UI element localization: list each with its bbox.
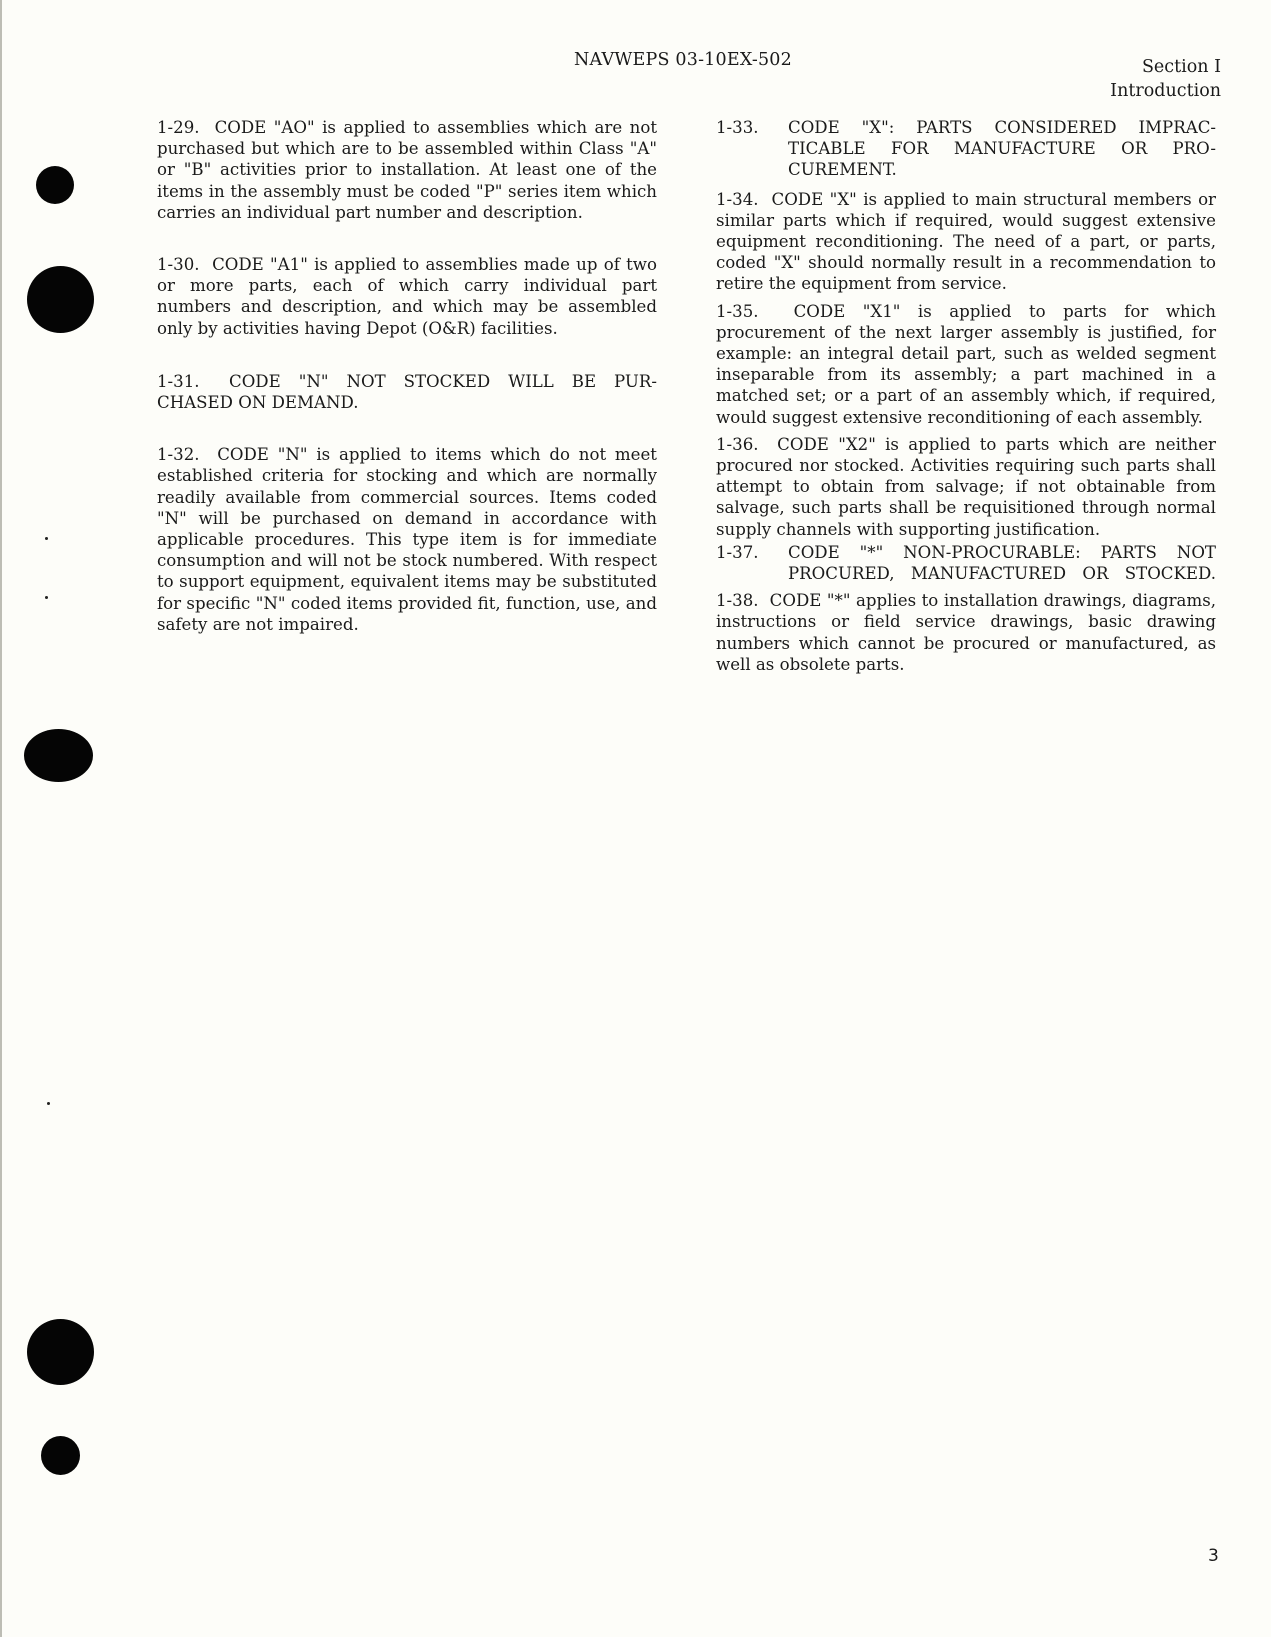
- binder-hole: [27, 266, 94, 333]
- paragraph-1-30: 1-30. CODE "A1" is applied to assemblies…: [157, 254, 657, 339]
- heading-text-line: CODE "X": PARTS CONSIDERED IMPRAC-: [788, 117, 1216, 138]
- paragraph-number: 1-30.: [157, 255, 200, 274]
- paragraph-text: CODE "*" applies to installation drawing…: [716, 591, 1216, 674]
- paragraph-text: CODE "A1" is applied to assemblies made …: [157, 255, 657, 338]
- page-number: 3: [1208, 1546, 1219, 1566]
- scan-speck: [47, 1102, 50, 1105]
- binder-hole: [24, 729, 93, 782]
- paragraph-number: 1-33.: [716, 117, 788, 181]
- paragraph-text: CODE "AO" is applied to assemblies which…: [157, 118, 657, 222]
- heading-text-line: PROCURED, MANUFACTURED OR STOCKED.: [788, 563, 1216, 584]
- paragraph-1-34: 1-34. CODE "X" is applied to main struct…: [716, 189, 1216, 295]
- paragraph-1-35: 1-35. CODE "X1" is applied to parts for …: [716, 301, 1216, 428]
- paragraph-number: 1-35.: [716, 302, 759, 321]
- paragraph-number: 1-32.: [157, 445, 200, 464]
- section-header: Section I Introduction: [1110, 55, 1221, 103]
- paragraph-text: CODE "X1" is applied to parts for which …: [716, 302, 1216, 427]
- heading-text-line: TICABLE FOR MANUFACTURE OR PRO-: [788, 138, 1216, 159]
- paragraph-number: 1-34.: [716, 190, 759, 209]
- heading-text-line: CUREMENT.: [788, 159, 1216, 180]
- left-column: 1-29. CODE "AO" is applied to assemblies…: [157, 117, 657, 635]
- heading-1-33: 1-33. CODE "X": PARTS CONSIDERED IMPRAC-…: [716, 117, 1216, 181]
- paragraph-number: 1-38.: [716, 591, 759, 610]
- heading-1-37: 1-37. CODE "*" NON-PROCURABLE: PARTS NOT…: [716, 542, 1216, 584]
- paragraph-1-36: 1-36. CODE "X2" is applied to parts whic…: [716, 434, 1216, 540]
- heading-1-31: 1-31. CODE "N" NOT STOCKED WILL BE PUR-: [157, 371, 657, 392]
- paragraph-1-38: 1-38. CODE "*" applies to installation d…: [716, 590, 1216, 675]
- binder-hole: [36, 166, 74, 204]
- scan-speck: [45, 596, 48, 599]
- paragraph-1-32: 1-32. CODE "N" is applied to items which…: [157, 444, 657, 635]
- right-column: 1-33. CODE "X": PARTS CONSIDERED IMPRAC-…: [716, 117, 1216, 675]
- heading-text-line: CODE "*" NON-PROCURABLE: PARTS NOT: [788, 542, 1216, 563]
- document-number: NAVWEPS 03-10EX-502: [574, 50, 792, 70]
- paragraph-number: 1-29.: [157, 118, 200, 137]
- paragraph-number: 1-37.: [716, 542, 788, 584]
- paragraph-text: CODE "X2" is applied to parts which are …: [716, 435, 1216, 539]
- scan-speck: [45, 537, 48, 540]
- paragraph-text: CODE "N" is applied to items which do no…: [157, 445, 657, 634]
- binder-hole: [27, 1319, 94, 1385]
- section-label: Section I: [1110, 55, 1221, 79]
- binder-hole: [41, 1436, 80, 1475]
- paragraph-1-29: 1-29. CODE "AO" is applied to assemblies…: [157, 117, 657, 223]
- heading-text-line: CODE "N" NOT STOCKED WILL BE PUR-: [229, 371, 657, 392]
- page-edge: [0, 0, 2, 1637]
- heading-text-line: CHASED ON DEMAND.: [157, 392, 657, 413]
- paragraph-number: 1-31.: [157, 371, 229, 392]
- paragraph-text: CODE "X" is applied to main structural m…: [716, 190, 1216, 294]
- paragraph-number: 1-36.: [716, 435, 759, 454]
- section-title: Introduction: [1110, 79, 1221, 103]
